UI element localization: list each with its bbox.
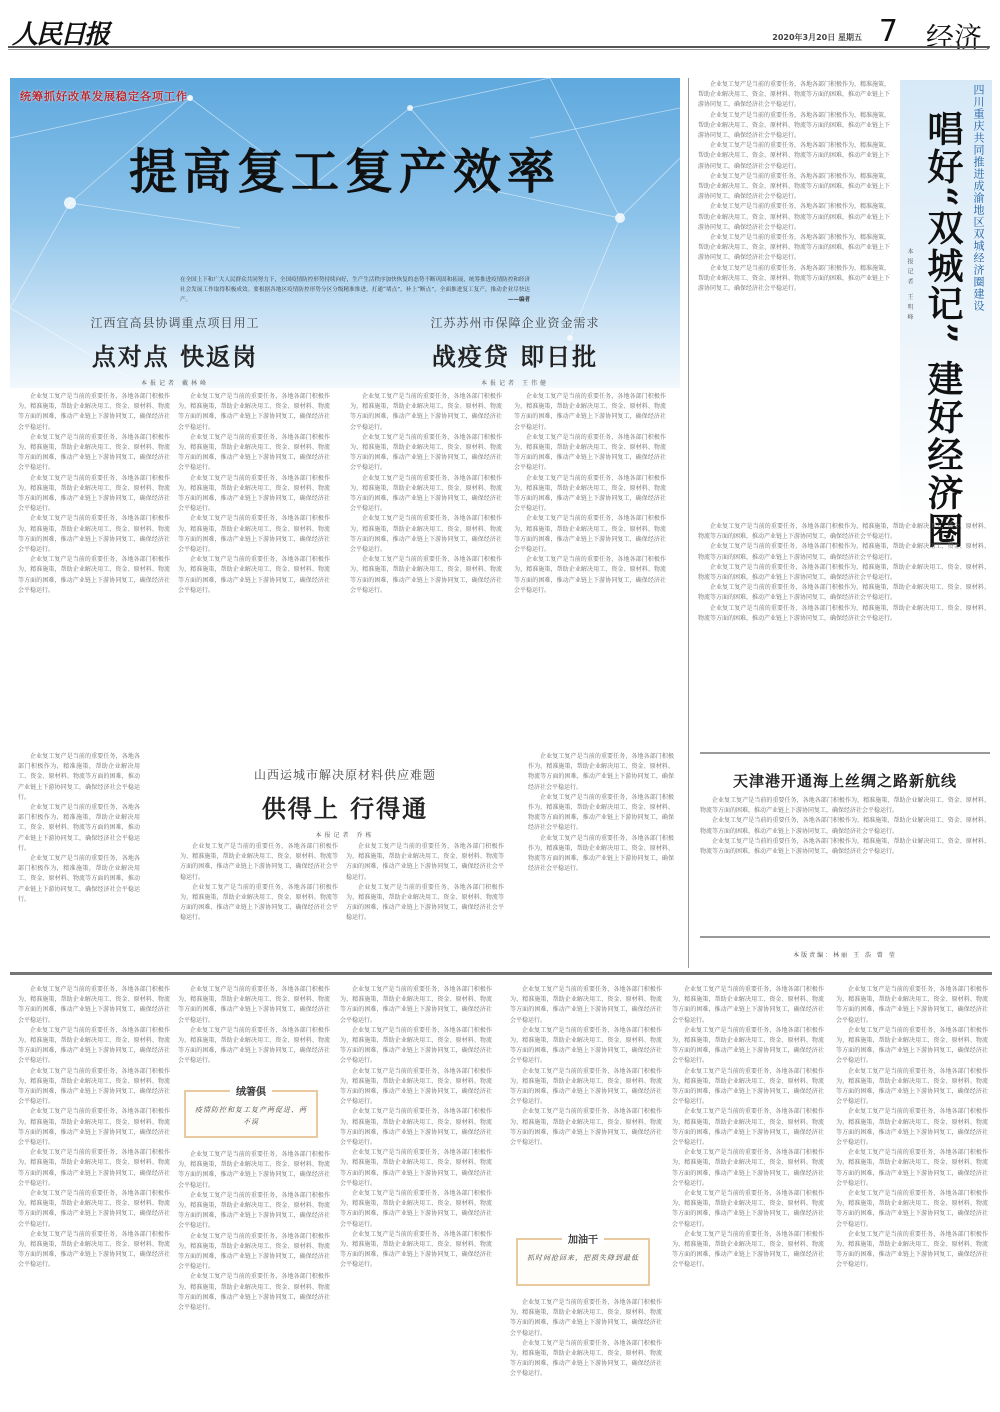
article-byline: 本报记者 王伟健 bbox=[370, 378, 660, 387]
hero-headline: 提高复工复产效率 bbox=[10, 133, 680, 202]
body-column: 企业复工复产是当前的重要任务，各地各部门积极作为，精准施策，帮助企业解决用工、资… bbox=[510, 985, 662, 1217]
article-title: 供得上 行得通 bbox=[180, 789, 510, 824]
body-column: 企业复工复产是当前的重要任务，各地各部门积极作为，精准施策，帮助企业解决用工、资… bbox=[698, 80, 890, 520]
hero-signature: ——编者 bbox=[508, 295, 530, 305]
masthead: 人民日报 2020年3月20日 星期五 7 经济 bbox=[8, 8, 992, 50]
hero-kicker: 统筹抓好改革发展稳定各项工作 bbox=[20, 88, 188, 104]
body-column: 企业复工复产是当前的重要任务，各地各部门积极作为，精准施策，帮助企业解决用工、资… bbox=[700, 796, 990, 924]
masthead-rule bbox=[8, 46, 990, 50]
body-column: 企业复工复产是当前的重要任务，各地各部门积极作为，精准施策，帮助企业解决用工、资… bbox=[346, 842, 504, 948]
article-header-jiangxi: 江西宜高县协调重点项目用工 点对点 快返岗 本报记者 戴林峰 bbox=[30, 314, 320, 387]
article-byline: 本报记者 王明峰 bbox=[905, 248, 914, 324]
body-column: 企业复工复产是当前的重要任务，各地各部门积极作为，精准施策，帮助企业解决用工、资… bbox=[180, 842, 338, 948]
section-title: 经济 bbox=[926, 16, 982, 56]
article-kicker: 江苏苏州市保障企业资金需求 bbox=[370, 314, 660, 331]
body-column: 企业复工复产是当前的重要任务，各地各部门积极作为，精准施策，帮助企业解决用工、资… bbox=[510, 1298, 662, 1406]
body-column: 企业复工复产是当前的重要任务，各地各部门积极作为，精准施策，帮助企业解决用工、资… bbox=[18, 392, 170, 732]
section-divider bbox=[700, 936, 990, 938]
body-column: 企业复工复产是当前的重要任务，各地各部门积极作为，精准施策，帮助企业解决用工、资… bbox=[340, 985, 492, 1405]
article-byline: 本报记者 戴林峰 bbox=[30, 378, 320, 387]
sidebar-box: 加油干 抓时间抢回来，把损失降到最低 bbox=[516, 1238, 650, 1286]
sidebar-box-text: 疫情防控和复工复产两促进、两不误 bbox=[186, 1092, 316, 1132]
section-divider bbox=[10, 972, 992, 975]
article-header-suzhou: 江苏苏州市保障企业资金需求 战疫贷 即日批 本报记者 王伟健 bbox=[370, 314, 660, 387]
body-column: 企业复工复产是当前的重要任务，各地各部门积极作为，精准施策，帮助企业解决用工、资… bbox=[18, 752, 140, 948]
body-column: 企业复工复产是当前的重要任务，各地各部门积极作为，精准施策，帮助企业解决用工、资… bbox=[672, 985, 824, 1405]
body-column: 企业复工复产是当前的重要任务，各地各部门积极作为，精准施策，帮助企业解决用工、资… bbox=[514, 392, 666, 732]
article-header-shanxi: 山西运城市解决原材料供应难题 供得上 行得通 本报记者 乔栋 bbox=[180, 766, 510, 839]
section-divider bbox=[700, 752, 990, 754]
body-column: 企业复工复产是当前的重要任务，各地各部门积极作为，精准施策，帮助企业解决用工、资… bbox=[178, 985, 330, 1065]
sidebar-box-title: 绒箸俱 bbox=[230, 1083, 272, 1098]
column-divider bbox=[688, 78, 689, 968]
article-kicker: 四川重庆共同推进成渝地区双城经济圈建设 bbox=[970, 84, 986, 312]
sidebar-box-title: 加油干 bbox=[562, 1231, 604, 1246]
body-column: 企业复工复产是当前的重要任务，各地各部门积极作为，精准施策，帮助企业解决用工、资… bbox=[698, 522, 990, 734]
article-title: 战疫贷 即日批 bbox=[370, 337, 660, 372]
article-byline: 本报记者 乔栋 bbox=[180, 830, 510, 839]
body-column: 企业复工复产是当前的重要任务，各地各部门积极作为，精准施策，帮助企业解决用工、资… bbox=[350, 392, 502, 732]
issue-date: 2020年3月20日 星期五 bbox=[772, 32, 862, 43]
body-column: 企业复工复产是当前的重要任务，各地各部门积极作为，精准施策，帮助企业解决用工、资… bbox=[178, 1150, 330, 1405]
body-column: 企业复工复产是当前的重要任务，各地各部门积极作为，精准施策，帮助企业解决用工、资… bbox=[178, 392, 330, 732]
sidebar-box: 绒箸俱 疫情防控和复工复产两促进、两不误 bbox=[184, 1090, 318, 1138]
body-column: 企业复工复产是当前的重要任务，各地各部门积极作为，精准施策，帮助企业解决用工、资… bbox=[18, 985, 170, 1405]
hero-intro: 在全国上下和广大人民群众共同努力下，全国疫情防控形势持续向好，生产生活秩序加快恢… bbox=[180, 275, 530, 305]
article-title: 点对点 快返岗 bbox=[30, 337, 320, 372]
article-title: 天津港开通海上丝绸之路新航线 bbox=[700, 770, 990, 791]
page-editors: 本版责编：林丽 王 浩 曾 莹 bbox=[700, 950, 990, 959]
body-column: 企业复工复产是当前的重要任务，各地各部门积极作为，精准施策，帮助企业解决用工、资… bbox=[836, 985, 988, 1405]
hero-intro-text: 在全国上下和广大人民群众共同努力下，全国疫情防控形势持续向好，生产生活秩序加快恢… bbox=[180, 277, 530, 303]
body-column: 企业复工复产是当前的重要任务，各地各部门积极作为，精准施策，帮助企业解决用工、资… bbox=[528, 752, 674, 948]
article-kicker: 江西宜高县协调重点项目用工 bbox=[30, 314, 320, 331]
article-kicker: 山西运城市解决原材料供应难题 bbox=[180, 766, 510, 783]
page-number: 7 bbox=[879, 14, 898, 49]
article-title: 唱好“双城记” 建好经济圈 bbox=[918, 110, 969, 550]
